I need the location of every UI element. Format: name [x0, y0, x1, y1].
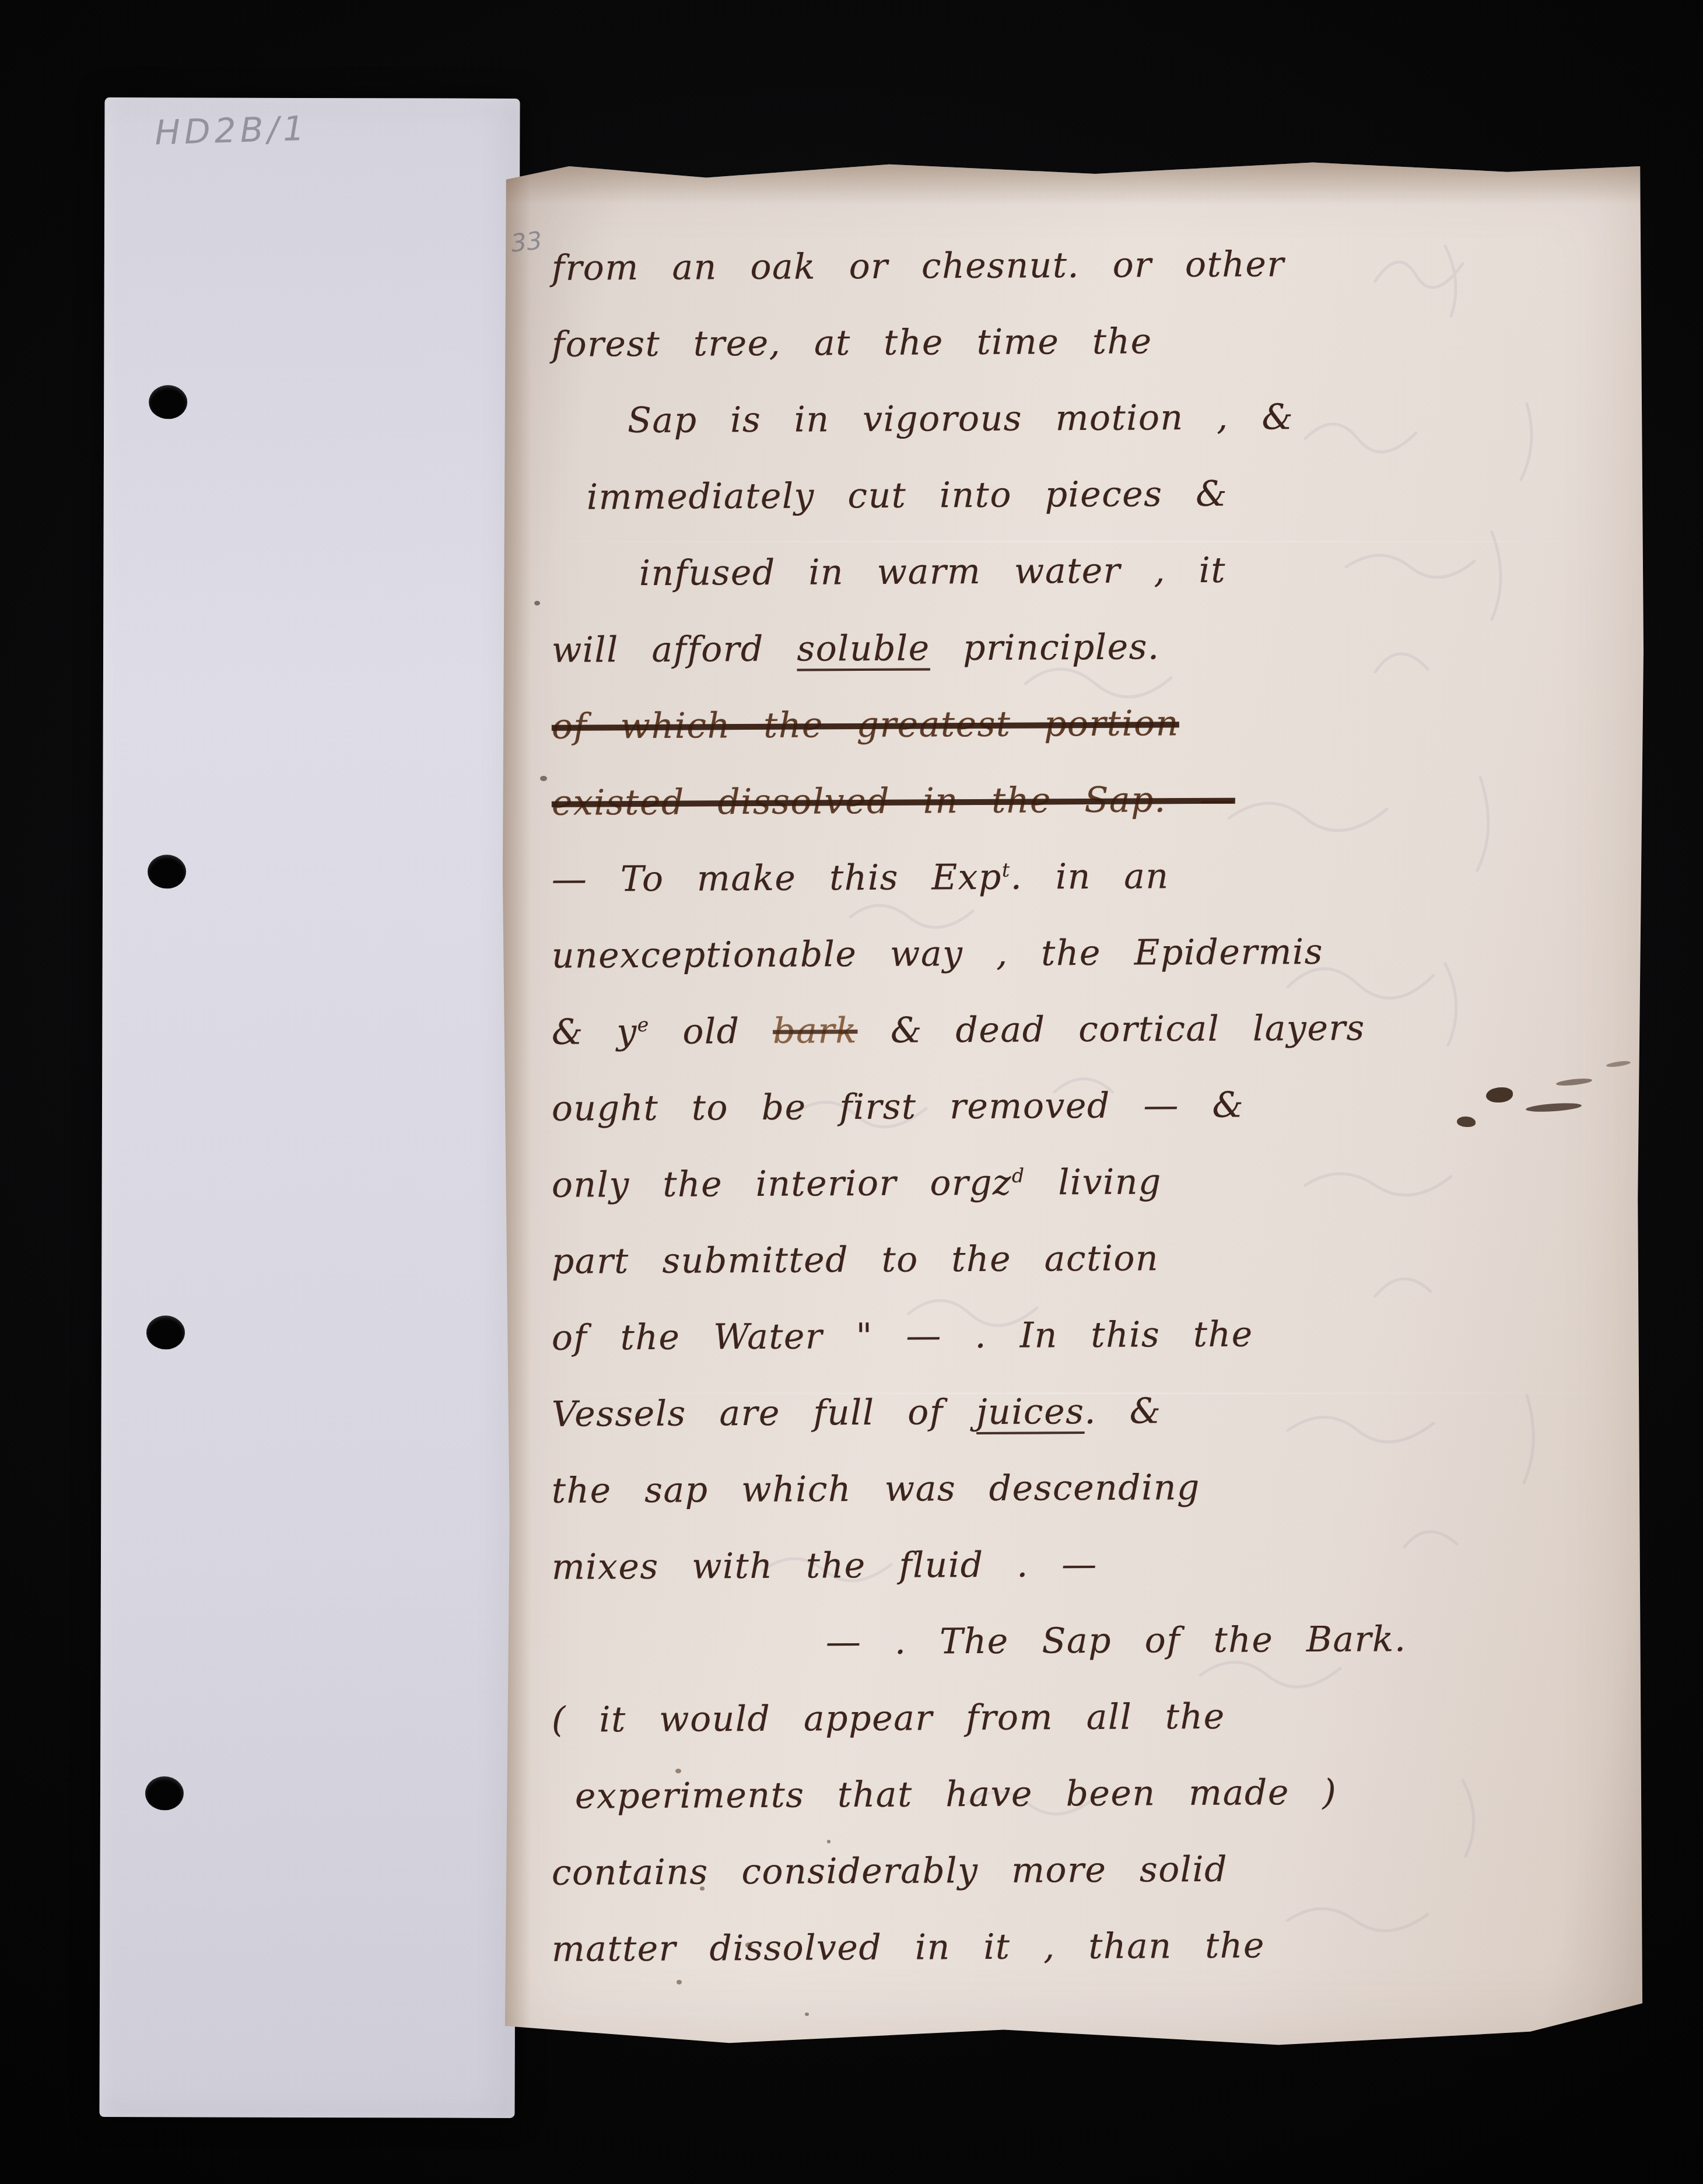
manuscript-text-segment: — . The Sap of the Bark. — [826, 1619, 1407, 1662]
foxing-speck — [712, 2044, 717, 2049]
foxing-speck — [700, 1887, 705, 1891]
manuscript-text-segment: mixes with the fluid . — — [552, 1544, 1098, 1588]
manuscript-line: only the interior orgzd living — [552, 1159, 1622, 1241]
foxing-speck — [805, 2013, 809, 2016]
ink-blot — [1457, 1116, 1476, 1127]
manuscript-line: from an oak or chesnut. or other — [552, 242, 1622, 324]
manuscript-line: the sap which was descending — [552, 1465, 1622, 1547]
foxing-speck — [534, 601, 540, 605]
manuscript-text-segment: infused in warm water , it — [639, 550, 1226, 594]
folio-number: 33 — [510, 226, 544, 257]
manuscript-line: Vessels are full of juices. & — [552, 1388, 1622, 1471]
foxing-speck — [827, 1840, 831, 1843]
manuscript-text-segment: ( it would appear from all the — [552, 1696, 1225, 1741]
manuscript-page: 33 from an oak or chesnut. or otherfores… — [500, 159, 1645, 2049]
punch-hole — [148, 855, 186, 888]
manuscript-text-segment: from an oak or chesnut. or other — [552, 244, 1285, 289]
manuscript-line: infused in warm water , it — [552, 548, 1622, 630]
manuscript-text-segment: part submitted to the action — [552, 1238, 1159, 1282]
manuscript-text-segment: t — [1002, 859, 1011, 881]
manuscript-line: — . The Sap of the Bark. — [552, 1618, 1622, 1700]
manuscript-text-segment: immediately cut into pieces & — [587, 474, 1228, 518]
punch-hole — [146, 1315, 185, 1349]
manuscript-text-segment: soluble — [797, 628, 930, 669]
manuscript-text-segment: contains considerably more solid — [552, 1849, 1228, 1894]
manuscript-text-segment: existed dissolved in the Sap. — — [552, 779, 1235, 824]
foxing-speck — [745, 1943, 752, 1948]
manuscript-line: forest tree, at the time the — [552, 318, 1622, 401]
manuscript-line: of which the greatest portion — [552, 701, 1622, 783]
manuscript-text-segment: of which the greatest portion — [552, 703, 1179, 747]
photograph-scene: HD2B/1 — [0, 0, 1703, 2184]
paper-crease — [500, 541, 1645, 542]
manuscript-text-segment: will afford — [552, 629, 797, 671]
manuscript-text-segment: the sap which was descending — [552, 1467, 1200, 1511]
manuscript-text-segment: bark — [773, 1010, 858, 1052]
manuscript-text-segment: & dead cortical layers — [857, 1007, 1365, 1051]
punch-hole — [145, 1776, 184, 1810]
manuscript-text-segment: ought to be first removed — & — [552, 1085, 1245, 1129]
paper-crease — [500, 1392, 1645, 1394]
manuscript-line: existed dissolved in the Sap. — — [552, 777, 1622, 859]
manuscript-text-segment: living — [1025, 1161, 1162, 1203]
manuscript-text-segment: Vessels are full of — [552, 1392, 977, 1435]
manuscript-text-segment: only the interior orgz — [552, 1163, 1012, 1206]
manuscript-text-segment: experiments that have been made ) — [575, 1772, 1337, 1817]
manuscript-text-segment: forest tree, at the time the — [552, 321, 1152, 365]
manuscript-line: will afford soluble principles. — [552, 624, 1622, 706]
manuscript-text-segment: & y — [552, 1012, 637, 1053]
manuscript-line: mixes with the fluid . — — [552, 1541, 1622, 1623]
archival-slip: HD2B/1 — [99, 97, 520, 2118]
manuscript-line: ( it would appear from all the — [552, 1694, 1622, 1776]
manuscript-line: contains considerably more solid — [552, 1847, 1622, 1929]
manuscript-line: matter dissolved in it , than the — [552, 1923, 1622, 2006]
manuscript-text-segment: . in an — [1011, 856, 1169, 897]
manuscript-text-segment: . & — [1084, 1391, 1161, 1432]
shelfmark-label: HD2B/1 — [154, 108, 309, 153]
manuscript-text-segment: unexceptionable way , the Epidermis — [552, 932, 1323, 977]
manuscript-line: of the Water " — . In this the — [552, 1312, 1622, 1394]
manuscript-text-segment: — To make this Exp — [552, 857, 1002, 900]
manuscript-text-segment: e — [637, 1013, 650, 1036]
manuscript-text-segment: matter dissolved in it , than the — [552, 1925, 1265, 1969]
manuscript-text-segment: principles. — [930, 626, 1159, 668]
manuscript-line: — To make this Expt. in an — [552, 853, 1622, 936]
foxing-speck — [540, 776, 547, 781]
punch-hole — [149, 385, 187, 419]
manuscript-text-segment: juices — [976, 1391, 1085, 1433]
manuscript-line: & ye old bark & dead cortical layers — [552, 1006, 1622, 1088]
manuscript-line: experiments that have been made ) — [552, 1770, 1622, 1853]
foxing-speck — [677, 1980, 682, 1985]
manuscript-line: unexceptionable way , the Epidermis — [552, 930, 1622, 1012]
manuscript-text-segment: old — [650, 1011, 773, 1052]
manuscript-text-segment: Sap is in vigorous motion , & — [628, 397, 1294, 441]
manuscript-line: part submitted to the action — [552, 1235, 1622, 1318]
manuscript-line: Sap is in vigorous motion , & — [552, 395, 1622, 477]
manuscript-text-segment: of the Water " — . In this the — [552, 1314, 1253, 1359]
foxing-speck — [675, 1769, 681, 1773]
manuscript-text-segment: d — [1012, 1164, 1025, 1187]
